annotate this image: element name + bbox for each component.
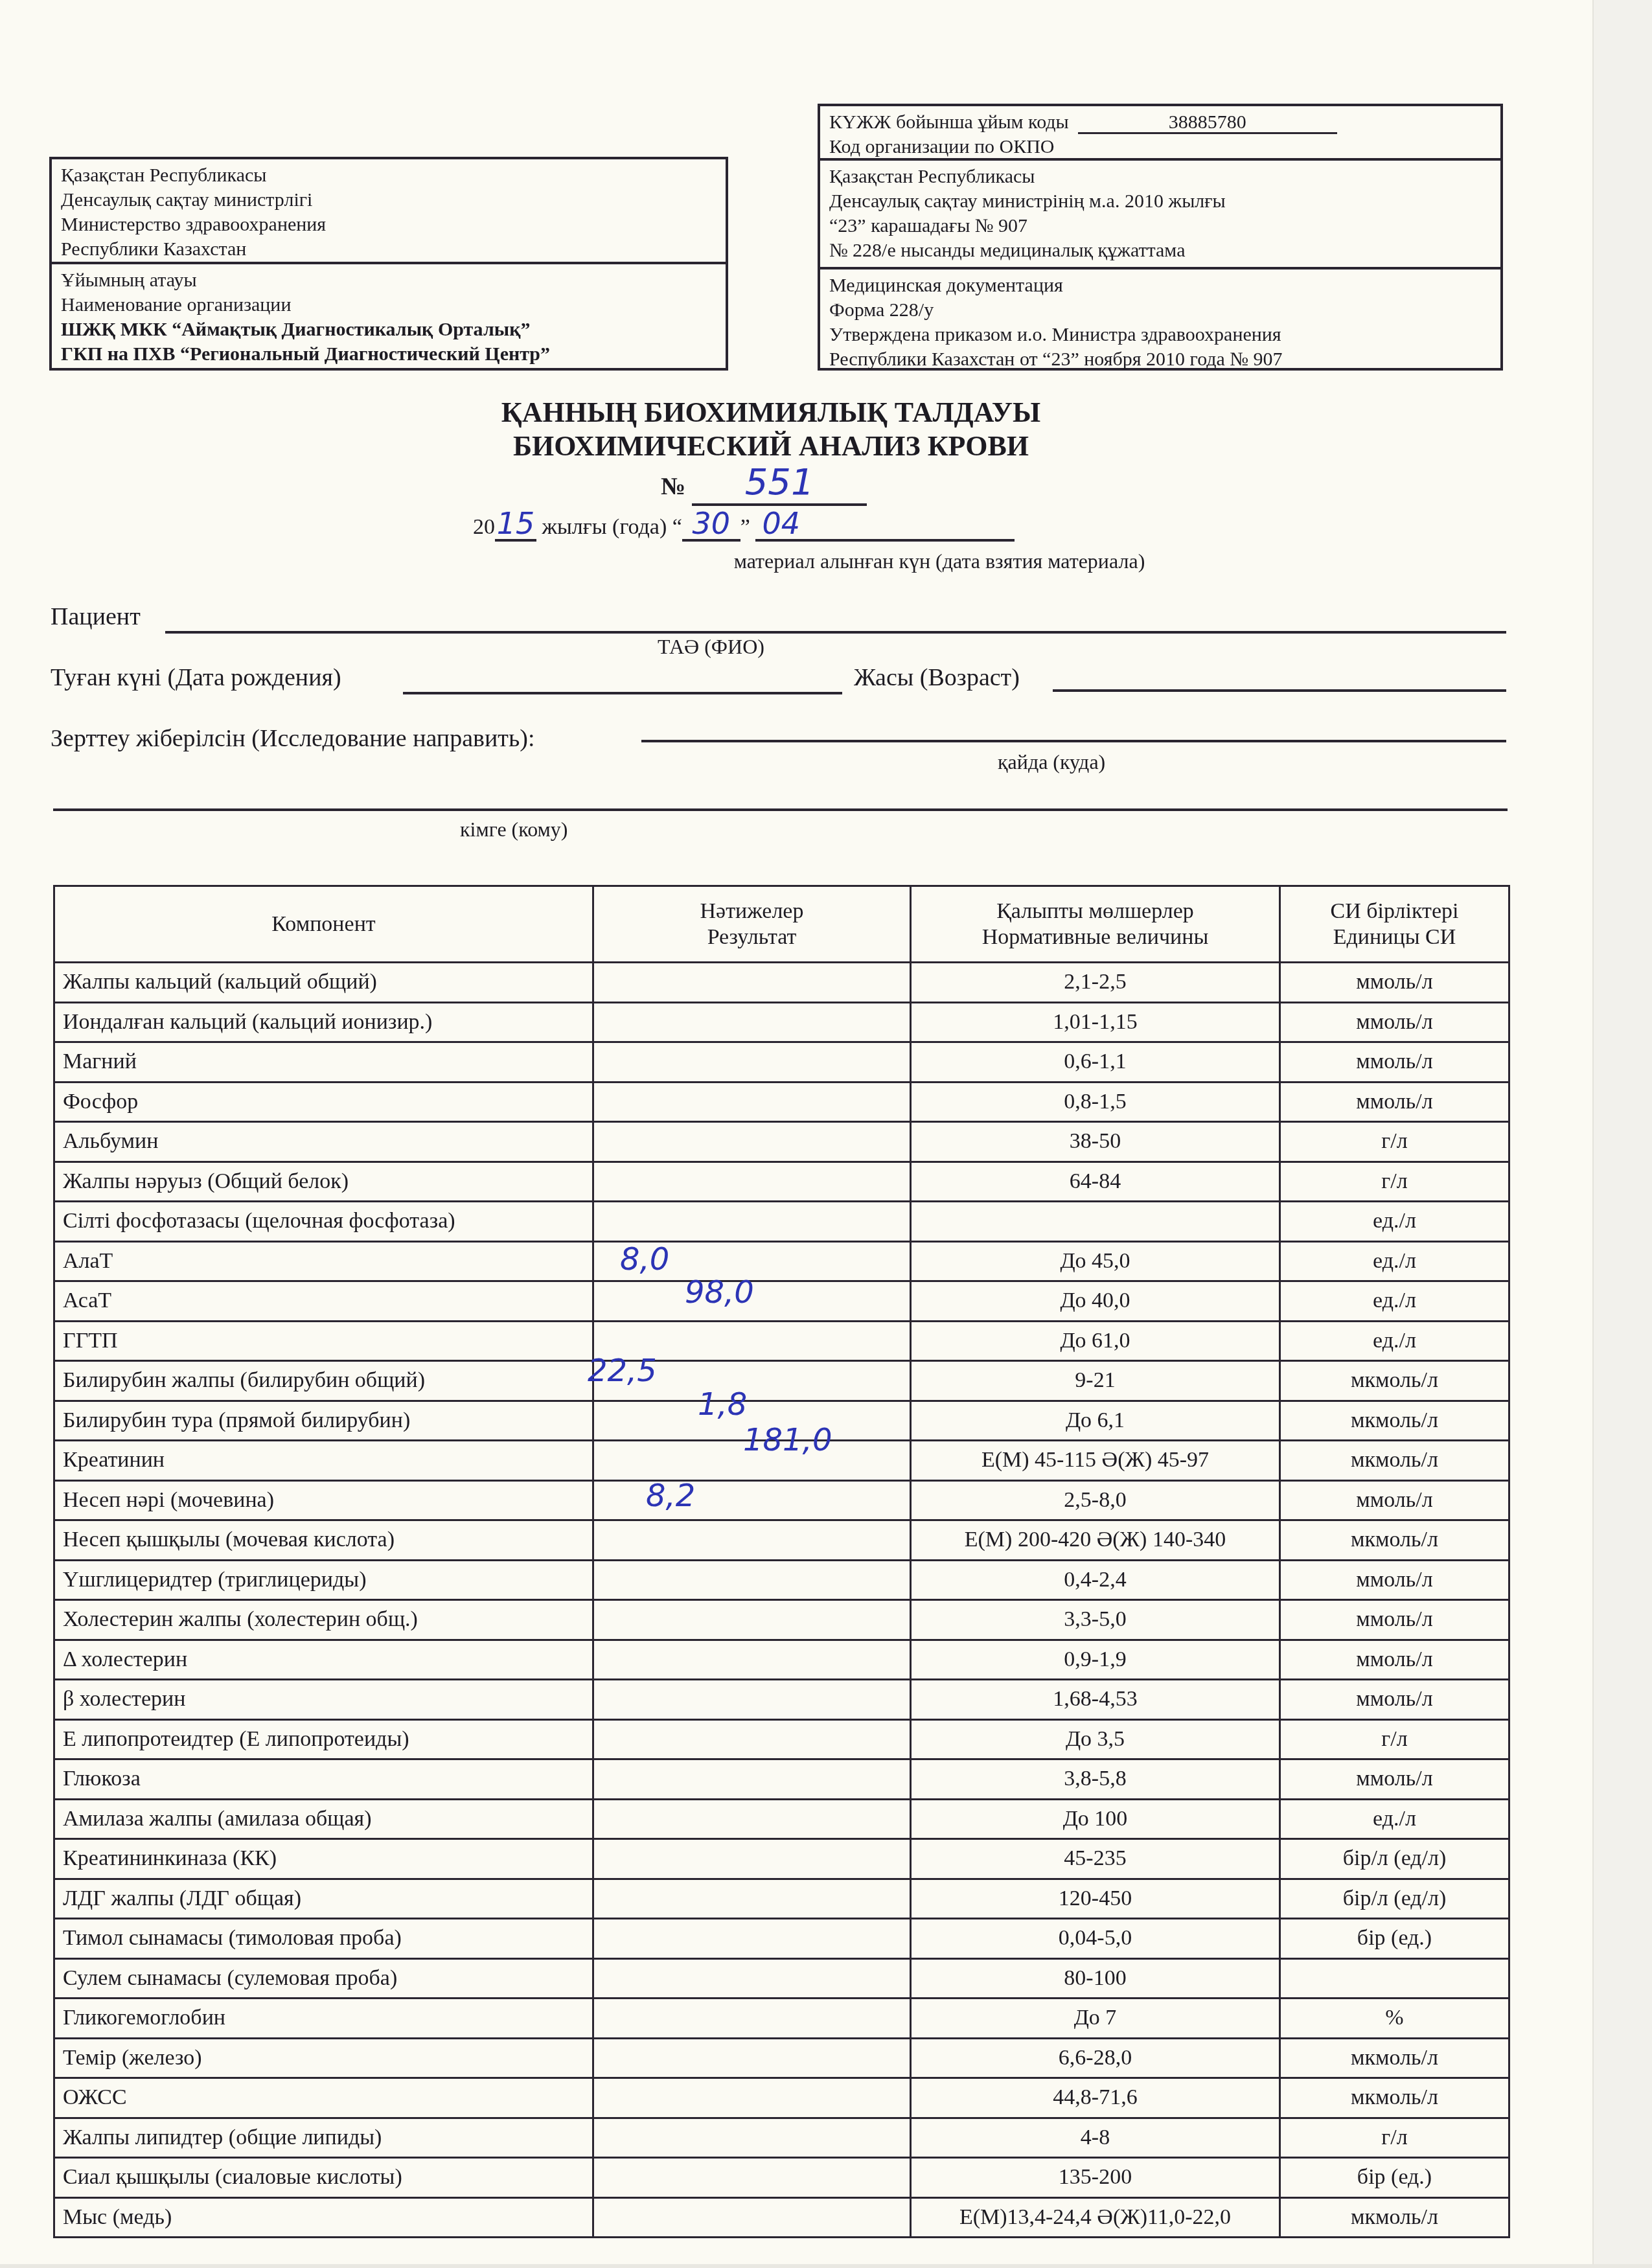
- day-value: 30: [693, 506, 731, 541]
- approval-kz-block: Қазақстан Республикасы Денсаулық сақтау …: [820, 161, 1500, 269]
- table-row: ОЖСС44,8-71,6мкмоль/л: [54, 2078, 1509, 2118]
- component-cell: ОЖСС: [54, 2078, 593, 2118]
- unit-cell: мкмоль/л: [1280, 1441, 1509, 1481]
- component-cell: Холестерин жалпы (холестерин общ.): [54, 1600, 593, 1640]
- result-cell[interactable]: 98,0: [593, 1281, 911, 1322]
- norm-cell: 2,1-2,5: [911, 963, 1280, 1003]
- result-cell[interactable]: [593, 1002, 911, 1042]
- norm-cell: 45-235: [911, 1839, 1280, 1879]
- norm-cell: [911, 1202, 1280, 1242]
- unit-cell: ед./л: [1280, 1281, 1509, 1322]
- result-cell[interactable]: [593, 1680, 911, 1720]
- table-row: АлаТ8,0До 45,0ед./л: [54, 1241, 1509, 1281]
- table-row: АсаТ98,0До 40,0ед./л: [54, 1281, 1509, 1322]
- component-cell: Мыс (медь): [54, 2197, 593, 2238]
- year-prefix: 20: [473, 515, 495, 539]
- table-row: Жалпы кальций (кальций общий)2,1-2,5ммол…: [54, 963, 1509, 1003]
- handwritten-result: 22,5: [588, 1353, 657, 1389]
- norm-cell: 9-21: [911, 1361, 1280, 1401]
- year-field[interactable]: 15: [495, 512, 536, 542]
- approval-ru-line: Утверждена приказом и.о. Министра здраво…: [829, 323, 1491, 347]
- norm-cell: До 61,0: [911, 1321, 1280, 1361]
- component-cell: β холестерин: [54, 1680, 593, 1720]
- sample-date-caption: материал алынған күн (дата взятия матери…: [168, 549, 1652, 573]
- result-cell[interactable]: [593, 1600, 911, 1640]
- table-row: Несеп нәрі (мочевина)8,22,5-8,0ммоль/л: [54, 1480, 1509, 1520]
- component-cell: Несеп қышқылы (мочевая кислота): [54, 1520, 593, 1561]
- table-row: Билирубин жалпы (билирубин общий)22,59-2…: [54, 1361, 1509, 1401]
- fio-caption: ТАӘ (ФИО): [658, 635, 764, 659]
- norm-cell: 64-84: [911, 1162, 1280, 1202]
- year-label: жылғы (года) “: [542, 515, 682, 539]
- table-row: Сиал қышқылы (сиаловые кислоты)135-200бі…: [54, 2158, 1509, 2198]
- organization-block: Ұйымның атауы Наименование организации Ш…: [52, 264, 726, 368]
- result-cell[interactable]: [593, 2197, 911, 2238]
- ministry-line: Қазақстан Республикасы: [61, 163, 717, 188]
- referral-label: Зерттеу жіберілсін (Исследование направи…: [51, 724, 535, 753]
- approval-ru-block: Медицинская документация Форма 228/у Утв…: [820, 269, 1500, 368]
- header-unit: СИ бірліктеріЕдиницы СИ: [1280, 886, 1509, 963]
- okpo-label-kz: КҮЖЖ бойынша ұйым коды: [829, 111, 1069, 133]
- unit-cell: ммоль/л: [1280, 1002, 1509, 1042]
- referral-where-field[interactable]: [641, 740, 1506, 742]
- component-cell: Жалпы кальций (кальций общий): [54, 963, 593, 1003]
- unit-cell: мкмоль/л: [1280, 1361, 1509, 1401]
- norm-cell: 44,8-71,6: [911, 2078, 1280, 2118]
- unit-cell: ммоль/л: [1280, 1042, 1509, 1082]
- header-norm: Қалыпты мөлшерлерНормативные величины: [911, 886, 1280, 963]
- table-row: Мыс (медь)Е(М)13,4-24,4 Ә(Ж)11,0-22,0мкм…: [54, 2197, 1509, 2238]
- unit-cell: ед./л: [1280, 1202, 1509, 1242]
- unit-cell: мкмоль/л: [1280, 1401, 1509, 1441]
- component-cell: Фосфор: [54, 1082, 593, 1122]
- unit-cell: г/л: [1280, 1719, 1509, 1759]
- unit-cell: ммоль/л: [1280, 963, 1509, 1003]
- birth-date-field[interactable]: [403, 692, 842, 694]
- norm-cell: До 6,1: [911, 1401, 1280, 1441]
- component-cell: Магний: [54, 1042, 593, 1082]
- approval-ru-line: Форма 228/у: [829, 298, 1491, 323]
- patient-label: Пациент: [51, 602, 141, 631]
- table-row: Е липопротеидтер (Е липопротеиды)До 3,5г…: [54, 1719, 1509, 1759]
- table-row: Холестерин жалпы (холестерин общ.)3,3-5,…: [54, 1600, 1509, 1640]
- age-field[interactable]: [1053, 689, 1506, 692]
- norm-cell: 135-200: [911, 2158, 1280, 2198]
- norm-cell: До 40,0: [911, 1281, 1280, 1322]
- unit-cell: ммоль/л: [1280, 1600, 1509, 1640]
- unit-cell: мкмоль/л: [1280, 2197, 1509, 2238]
- norm-cell: 1,68-4,53: [911, 1680, 1280, 1720]
- header-component: Компонент: [54, 886, 593, 963]
- component-cell: Сиал қышқылы (сиаловые кислоты): [54, 2158, 593, 2198]
- ministry-org-box: Қазақстан Республикасы Денсаулық сақтау …: [49, 157, 728, 371]
- unit-cell: %: [1280, 1999, 1509, 2039]
- month-value: 04: [762, 506, 800, 541]
- approval-kz-line: “23” карашадағы № 907: [829, 214, 1491, 238]
- component-cell: ГГТП: [54, 1321, 593, 1361]
- handwritten-result: 181,0: [743, 1422, 832, 1458]
- year-value: 15: [497, 506, 535, 541]
- result-cell[interactable]: [593, 1520, 911, 1561]
- result-cell[interactable]: [593, 1042, 911, 1082]
- result-cell[interactable]: [593, 1082, 911, 1122]
- patient-name-field[interactable]: [165, 631, 1506, 634]
- handwritten-result: 98,0: [685, 1274, 754, 1311]
- ministry-line: Министерство здравоохранения: [61, 212, 717, 237]
- unit-cell: ммоль/л: [1280, 1759, 1509, 1800]
- analysis-number-field[interactable]: 551: [692, 461, 867, 506]
- okpo-label-ru: Код организации по ОКПО: [829, 135, 1491, 159]
- component-cell: Жалпы нәруыз (Общий белок): [54, 1162, 593, 1202]
- org-label: Ұйымның атауы: [61, 268, 717, 293]
- norm-cell: До 7: [911, 1999, 1280, 2039]
- norm-cell: 0,4-2,4: [911, 1560, 1280, 1600]
- table-row: ЛДГ жалпы (ЛДГ общая)120-450бір/л (ед/л): [54, 1879, 1509, 1919]
- component-cell: ЛДГ жалпы (ЛДГ общая): [54, 1879, 593, 1919]
- number-sign: №: [661, 473, 685, 500]
- norm-cell: До 3,5: [911, 1719, 1280, 1759]
- ministry-line: Денсаулық сақтау министрлігі: [61, 188, 717, 212]
- result-cell[interactable]: [593, 2078, 911, 2118]
- whom-caption: кімге (кому): [460, 818, 568, 842]
- table-row: Иондалған кальций (кальций ионизир.)1,01…: [54, 1002, 1509, 1042]
- result-cell[interactable]: [593, 1122, 911, 1162]
- table-row: Тимол сынамасы (тимоловая проба)0,04-5,0…: [54, 1919, 1509, 1959]
- approval-kz-line: № 228/е нысанды медициналық құжаттама: [829, 238, 1491, 263]
- table-row: Креатининкиназа (КК)45-235бір/л (ед/л): [54, 1839, 1509, 1879]
- birth-date-label: Туған күні (Дата рождения): [51, 663, 341, 692]
- result-cell[interactable]: [593, 1839, 911, 1879]
- component-cell: Гликогемоглобин: [54, 1999, 593, 2039]
- norm-cell: До 100: [911, 1799, 1280, 1839]
- analysis-number-row: №551: [661, 461, 867, 506]
- result-cell[interactable]: [593, 1999, 911, 2039]
- component-cell: Темір (железо): [54, 2038, 593, 2078]
- table-row: Темір (железо)6,6-28,0мкмоль/л: [54, 2038, 1509, 2078]
- component-cell: Амилаза жалпы (амилаза общая): [54, 1799, 593, 1839]
- unit-cell: бір (ед.): [1280, 1919, 1509, 1959]
- norm-cell: 2,5-8,0: [911, 1480, 1280, 1520]
- approval-ru-line: Республики Казахстан от “23” ноября 2010…: [829, 347, 1491, 372]
- result-cell[interactable]: 181,0: [593, 1441, 911, 1481]
- table-row: Сілті фосфотазасы (щелочная фосфотаза)ед…: [54, 1202, 1509, 1242]
- scan-bottom-edge: [0, 2264, 1652, 2268]
- document-title-kz: ҚАННЫҢ БИОХИМИЯЛЫҚ ТАЛДАУЫ: [0, 396, 1542, 429]
- table-row: β холестерин1,68-4,53ммоль/л: [54, 1680, 1509, 1720]
- unit-cell: ммоль/л: [1280, 1560, 1509, 1600]
- referral-whom-field[interactable]: [53, 808, 1508, 811]
- ministry-line: Республики Казахстан: [61, 237, 717, 262]
- biochemistry-results-table: Компонент НәтижелерРезультат Қалыпты мөл…: [53, 885, 1510, 2238]
- component-cell: Несеп нәрі (мочевина): [54, 1480, 593, 1520]
- approval-kz-line: Қазақстан Республикасы: [829, 165, 1491, 189]
- component-cell: Жалпы липидтер (общие липиды): [54, 2118, 593, 2158]
- result-cell[interactable]: [593, 2158, 911, 2198]
- handwritten-result: 8,0: [620, 1241, 669, 1277]
- unit-cell: ммоль/л: [1280, 1480, 1509, 1520]
- norm-cell: 120-450: [911, 1879, 1280, 1919]
- table-row: Жалпы нәруыз (Общий белок)64-84г/л: [54, 1162, 1509, 1202]
- table-row: Фосфор0,8-1,5ммоль/л: [54, 1082, 1509, 1122]
- component-cell: Е липопротеидтер (Е липопротеиды): [54, 1719, 593, 1759]
- day-close-quote: ”: [740, 515, 750, 539]
- result-cell[interactable]: [593, 2118, 911, 2158]
- component-cell: Сілті фосфотазасы (щелочная фосфотаза): [54, 1202, 593, 1242]
- table-row: Магний0,6-1,1ммоль/л: [54, 1042, 1509, 1082]
- component-cell: Тимол сынамасы (тимоловая проба): [54, 1919, 593, 1959]
- unit-cell: ед./л: [1280, 1799, 1509, 1839]
- norm-cell: 80-100: [911, 1958, 1280, 1999]
- unit-cell: ед./л: [1280, 1241, 1509, 1281]
- age-label: Жасы (Возраст): [854, 663, 1020, 692]
- table-header-row: Компонент НәтижелерРезультат Қалыпты мөл…: [54, 886, 1509, 963]
- component-cell: Билирубин тура (прямой билирубин): [54, 1401, 593, 1441]
- norm-cell: 38-50: [911, 1122, 1280, 1162]
- table-row: Δ холестерин0,9-1,9ммоль/л: [54, 1640, 1509, 1680]
- norm-cell: 0,6-1,1: [911, 1042, 1280, 1082]
- unit-cell: бір (ед.): [1280, 2158, 1509, 2198]
- org-label: Наименование организации: [61, 293, 717, 317]
- norm-cell: Е(М) 200-420 Ә(Ж) 140-340: [911, 1520, 1280, 1561]
- table-row: Глюкоза3,8-5,8ммоль/л: [54, 1759, 1509, 1800]
- org-name-kz: ШЖҚ МКК “Аймақтық Диагностикалық Орталық…: [61, 317, 717, 342]
- unit-cell: мкмоль/л: [1280, 2078, 1509, 2118]
- unit-cell: г/л: [1280, 2118, 1509, 2158]
- analysis-number-value: 551: [745, 461, 814, 503]
- month-field[interactable]: 04: [755, 512, 1015, 542]
- component-cell: Глюкоза: [54, 1759, 593, 1800]
- scan-edge: [1592, 0, 1652, 2268]
- result-cell[interactable]: [593, 1162, 911, 1202]
- table-row: Жалпы липидтер (общие липиды)4-8г/л: [54, 2118, 1509, 2158]
- unit-cell: бір/л (ед/л): [1280, 1879, 1509, 1919]
- result-cell[interactable]: [593, 2038, 911, 2078]
- norm-cell: Е(М) 45-115 Ә(Ж) 45-97: [911, 1441, 1280, 1481]
- result-cell[interactable]: [593, 1759, 911, 1800]
- table-row: Альбумин38-50г/л: [54, 1122, 1509, 1162]
- table-row: Сулем сынамасы (сулемовая проба)80-100: [54, 1958, 1509, 1999]
- unit-cell: г/л: [1280, 1122, 1509, 1162]
- unit-cell: ммоль/л: [1280, 1680, 1509, 1720]
- table-row: Несеп қышқылы (мочевая кислота)Е(М) 200-…: [54, 1520, 1509, 1561]
- where-caption: қайда (куда): [998, 750, 1105, 774]
- header-result: НәтижелерРезультат: [593, 886, 911, 963]
- unit-cell: мкмоль/л: [1280, 1520, 1509, 1561]
- handwritten-result: 8,2: [646, 1478, 695, 1514]
- unit-cell: мкмоль/л: [1280, 2038, 1509, 2078]
- result-cell[interactable]: [593, 1640, 911, 1680]
- form-info-box: КҮЖЖ бойынша ұйым коды38885780 Код орган…: [818, 104, 1503, 371]
- unit-cell: г/л: [1280, 1162, 1509, 1202]
- org-name-ru: ГКП на ПХВ “Региональный Диагностический…: [61, 342, 717, 367]
- table-row: ГГТПДо 61,0ед./л: [54, 1321, 1509, 1361]
- component-cell: АсаТ: [54, 1281, 593, 1322]
- table-row: Амилаза жалпы (амилаза общая)До 100ед./л: [54, 1799, 1509, 1839]
- norm-cell: До 45,0: [911, 1241, 1280, 1281]
- result-cell[interactable]: [593, 1919, 911, 1959]
- result-cell[interactable]: 22,5: [593, 1361, 911, 1401]
- component-cell: Иондалған кальций (кальций ионизир.): [54, 1002, 593, 1042]
- approval-ru-line: Медицинская документация: [829, 273, 1491, 298]
- day-field[interactable]: 30: [682, 512, 740, 542]
- table-row: ГликогемоглобинДо 7%: [54, 1999, 1509, 2039]
- ministry-block: Қазақстан Республикасы Денсаулық сақтау …: [52, 159, 726, 264]
- unit-cell: ед./л: [1280, 1321, 1509, 1361]
- component-cell: Билирубин жалпы (билирубин общий): [54, 1361, 593, 1401]
- unit-cell: бір/л (ед/л): [1280, 1839, 1509, 1879]
- handwritten-result: 1,8: [698, 1386, 747, 1423]
- norm-cell: 3,3-5,0: [911, 1600, 1280, 1640]
- norm-cell: 3,8-5,8: [911, 1759, 1280, 1800]
- norm-cell: 0,9-1,9: [911, 1640, 1280, 1680]
- component-cell: Үшглицеридтер (триглицериды): [54, 1560, 593, 1600]
- table-row: Креатинин181,0Е(М) 45-115 Ә(Ж) 45-97мкмо…: [54, 1441, 1509, 1481]
- component-cell: Креатинин: [54, 1441, 593, 1481]
- result-cell[interactable]: [593, 1202, 911, 1242]
- component-cell: Креатининкиназа (КК): [54, 1839, 593, 1879]
- result-cell[interactable]: [593, 1799, 911, 1839]
- component-cell: Альбумин: [54, 1122, 593, 1162]
- table-row: Үшглицеридтер (триглицериды)0,4-2,4ммоль…: [54, 1560, 1509, 1600]
- norm-cell: 6,6-28,0: [911, 2038, 1280, 2078]
- result-cell[interactable]: [593, 1958, 911, 1999]
- approval-kz-line: Денсаулық сақтау министрінің м.а. 2010 ж…: [829, 189, 1491, 214]
- norm-cell: 0,04-5,0: [911, 1919, 1280, 1959]
- sample-date-row: 2015 жылғы (года) “30” 04: [473, 512, 1015, 542]
- result-cell[interactable]: 8,2: [593, 1480, 911, 1520]
- norm-cell: 4-8: [911, 2118, 1280, 2158]
- unit-cell: ммоль/л: [1280, 1082, 1509, 1122]
- result-cell[interactable]: [593, 1879, 911, 1919]
- unit-cell: [1280, 1958, 1509, 1999]
- component-cell: Сулем сынамасы (сулемовая проба): [54, 1958, 593, 1999]
- result-cell[interactable]: [593, 963, 911, 1003]
- result-cell[interactable]: [593, 1560, 911, 1600]
- okpo-block: КҮЖЖ бойынша ұйым коды38885780 Код орган…: [820, 106, 1500, 161]
- result-cell[interactable]: [593, 1719, 911, 1759]
- component-cell: Δ холестерин: [54, 1640, 593, 1680]
- unit-cell: ммоль/л: [1280, 1640, 1509, 1680]
- norm-cell: Е(М)13,4-24,4 Ә(Ж)11,0-22,0: [911, 2197, 1280, 2238]
- norm-cell: 1,01-1,15: [911, 1002, 1280, 1042]
- norm-cell: 0,8-1,5: [911, 1082, 1280, 1122]
- component-cell: АлаТ: [54, 1241, 593, 1281]
- okpo-code: 38885780: [1078, 113, 1337, 134]
- document-title-ru: БИОХИМИЧЕСКИЙ АНАЛИЗ КРОВИ: [0, 430, 1542, 463]
